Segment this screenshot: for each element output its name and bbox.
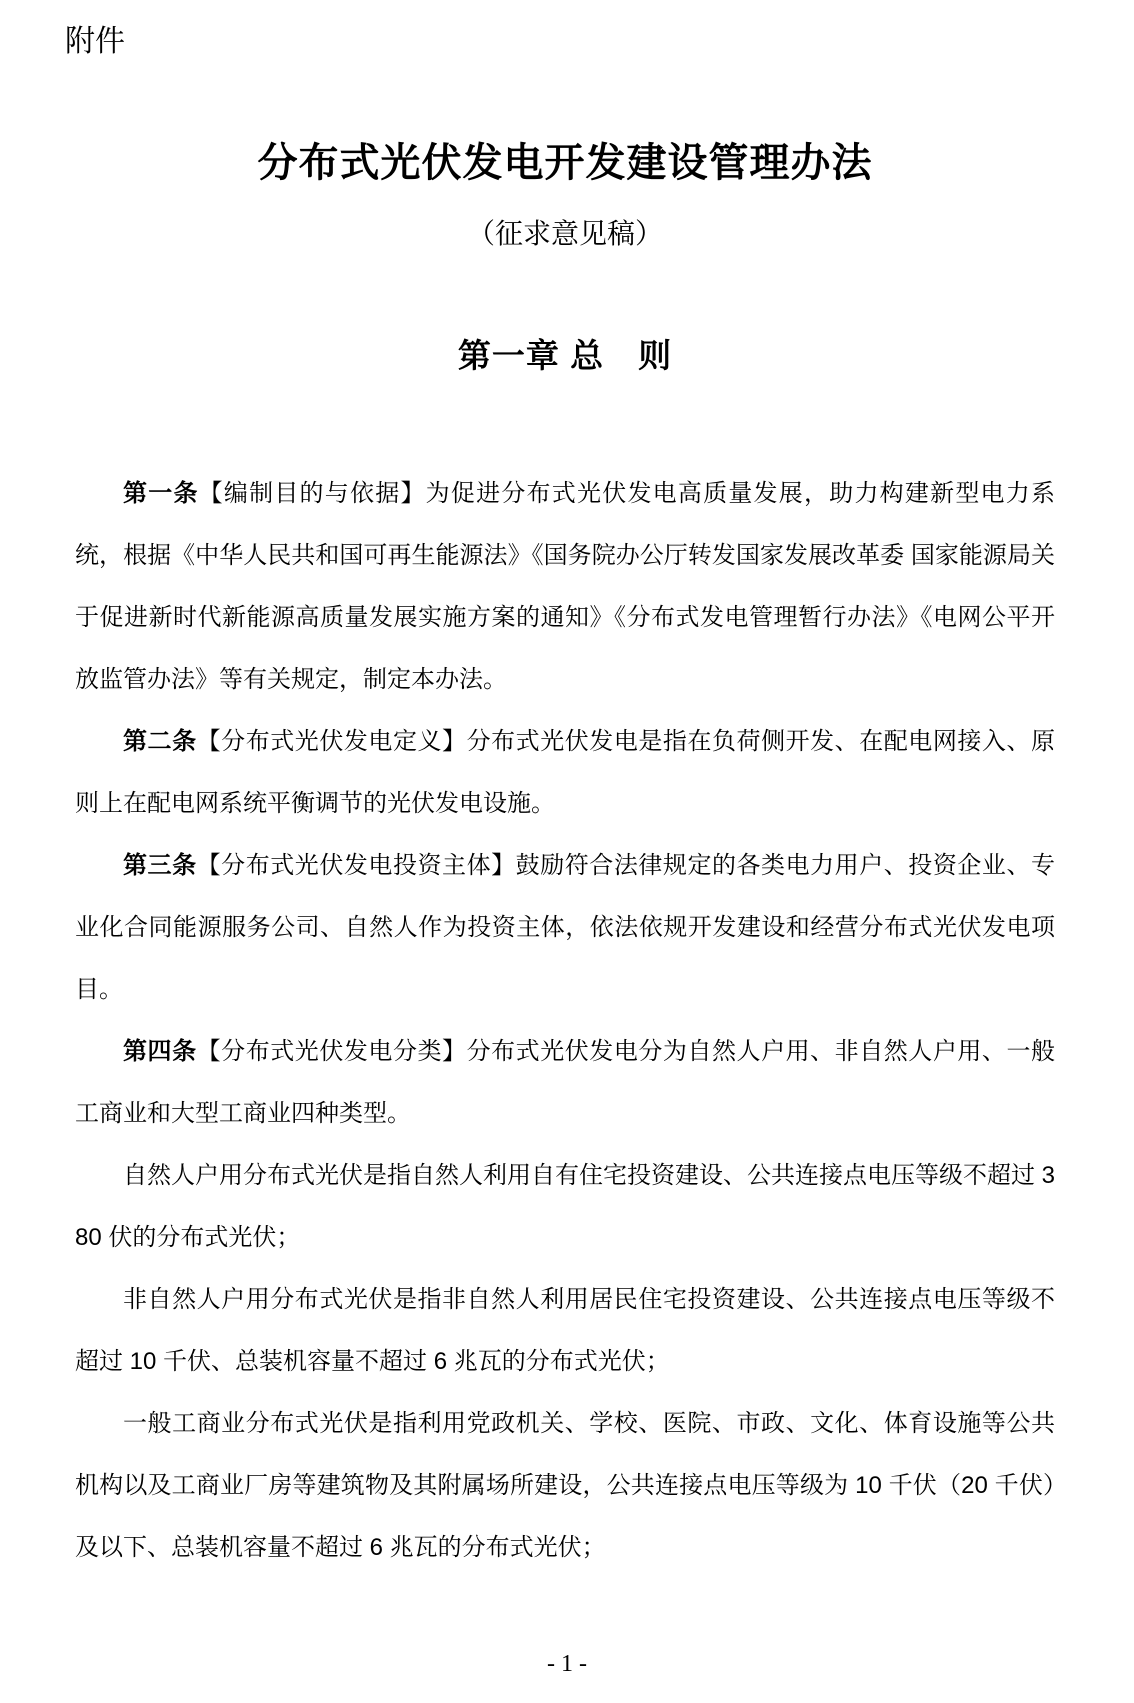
article-3-label: 第三条 xyxy=(123,852,197,879)
article-1-text: 为促进分布式光伏发电高质量发展，助力构建新型电力系统，根据《中华人民共和国可再生… xyxy=(75,480,1055,693)
article-2-bracket: 【分布式光伏发电定义】 xyxy=(197,728,467,755)
document-page: 附件 分布式光伏发电开发建设管理办法 （征求意见稿） 第一章 总 则 第一条【编… xyxy=(0,0,1134,1703)
chapter-heading: 第一章 总 则 xyxy=(75,334,1055,378)
article-4-bracket: 【分布式光伏发电分类】 xyxy=(197,1038,467,1065)
article-4: 第四条【分布式光伏发电分类】分布式光伏发电分为自然人户用、非自然人户用、一般工商… xyxy=(75,1021,1055,1145)
article-1-label: 第一条 xyxy=(123,480,199,507)
article-1: 第一条【编制目的与依据】为促进分布式光伏发电高质量发展，助力构建新型电力系统，根… xyxy=(75,463,1055,711)
article-3-bracket: 【分布式光伏发电投资主体】 xyxy=(197,852,516,879)
paragraph-non-natural-person-household: 非自然人户用分布式光伏是指非自然人利用居民住宅投资建设、公共连接点电压等级不超过… xyxy=(75,1269,1055,1393)
article-3: 第三条【分布式光伏发电投资主体】鼓励符合法律规定的各类电力用户、投资企业、专业化… xyxy=(75,835,1055,1021)
article-2-label: 第二条 xyxy=(123,728,197,755)
paragraph-general-commercial: 一般工商业分布式光伏是指利用党政机关、学校、医院、市政、文化、体育设施等公共机构… xyxy=(75,1393,1055,1579)
page-number: - 1 - xyxy=(0,1649,1134,1679)
document-subtitle: （征求意见稿） xyxy=(75,214,1055,254)
article-1-bracket: 【编制目的与依据】 xyxy=(199,480,426,507)
attachment-label: 附件 xyxy=(65,22,1055,62)
document-title: 分布式光伏发电开发建设管理办法 xyxy=(75,138,1055,188)
document-body: 第一条【编制目的与依据】为促进分布式光伏发电高质量发展，助力构建新型电力系统，根… xyxy=(75,463,1055,1579)
article-2: 第二条【分布式光伏发电定义】分布式光伏发电是指在负荷侧开发、在配电网接入、原则上… xyxy=(75,711,1055,835)
paragraph-natural-person-household: 自然人户用分布式光伏是指自然人利用自有住宅投资建设、公共连接点电压等级不超过 3… xyxy=(75,1145,1055,1269)
article-4-label: 第四条 xyxy=(123,1038,197,1065)
